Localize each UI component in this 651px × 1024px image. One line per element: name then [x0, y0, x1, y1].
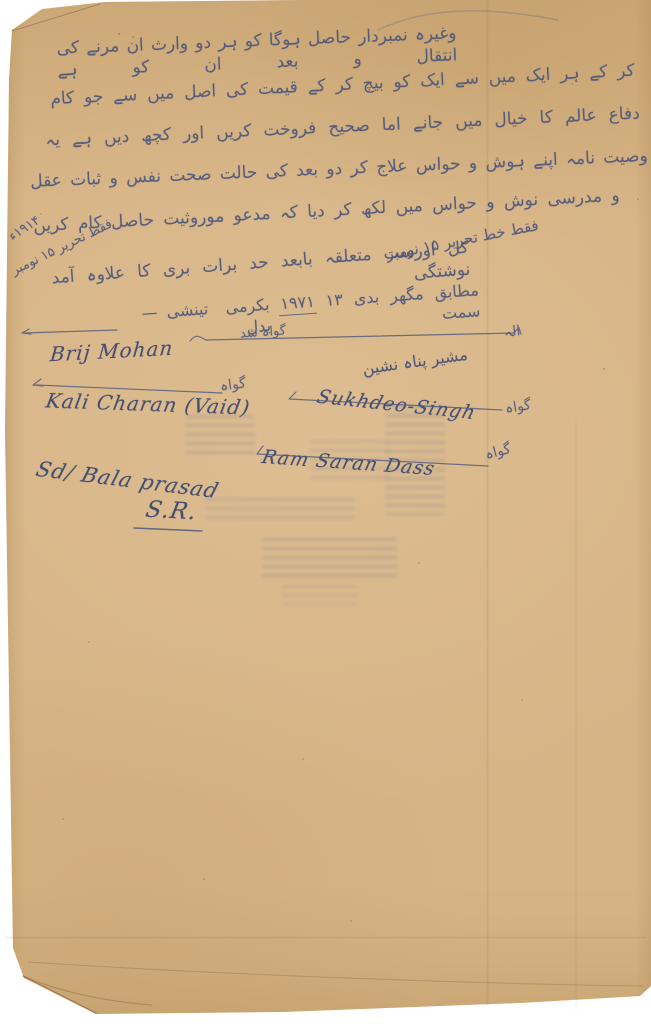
witness-mark-row1: گواہ شد — [240, 323, 287, 341]
date-line-year: ۱۹۷۱ — [278, 292, 318, 316]
ink-bleedthrough-block — [185, 415, 255, 460]
ink-bleedthrough-block — [262, 538, 397, 580]
witness-mark-row1-end: الہ — [503, 323, 521, 341]
signature-sr-initials: S.R. — [144, 497, 200, 525]
ink-bleedthrough-block — [385, 405, 445, 515]
ink-bleedthrough-block — [205, 498, 355, 524]
date-line-dash: — — [141, 303, 158, 325]
ink-bleedthrough-block — [310, 440, 390, 480]
ink-bleedthrough-block — [282, 585, 357, 605]
scanned-document: وغیرہ نمبردار حاصل ہوگا کو ہر دو وارث ان… — [0, 0, 651, 1024]
